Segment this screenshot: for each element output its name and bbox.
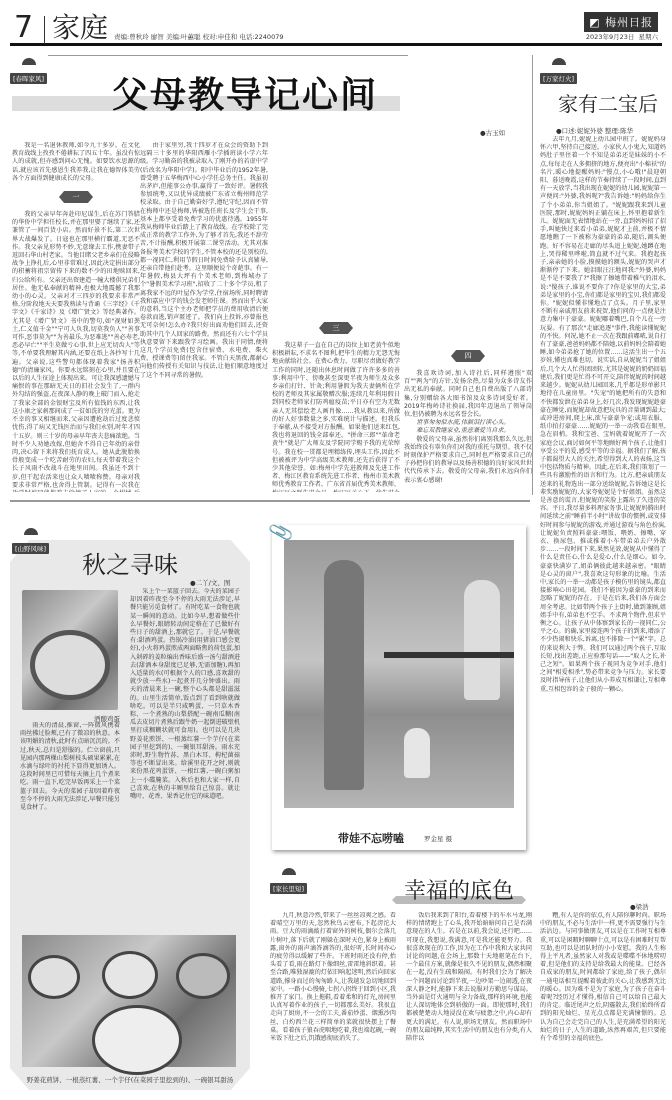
gear-icon <box>282 868 296 875</box>
plate-pancake <box>28 955 80 999</box>
article4-column-2: 饭后我来到了阳台,看着楼下的车水马龙,刚样的情绪跑上了心头,我开始暗暗问自己是否… <box>406 912 532 1092</box>
masthead-divider <box>44 16 45 44</box>
article4-title: 幸福的底色 <box>396 874 522 905</box>
article1-bottom-border <box>10 500 530 502</box>
article1-byline: ●古玉如 <box>480 128 505 137</box>
section-marker: 一 <box>59 191 93 203</box>
article4-col1-text: 九月,秋意冷然,带来了一丝丝凉爽之感。看着晴空万里的天,忽然秋鸟云密布,下起滂沱… <box>270 912 396 1043</box>
article2-title: 家有二宝后 <box>548 88 668 117</box>
article3-column-tag: [山野风味] <box>12 528 49 555</box>
article1-section4-text: 我喜欢诗词,加入诗社后,同样遵照"双百""两为"的方针,发扬余热,尽量为众多诗友… <box>404 370 532 419</box>
article3-title: 秋之寻味 <box>60 545 200 580</box>
gear-icon <box>24 528 38 535</box>
article1-column-tag: [春晖家风] <box>10 58 47 85</box>
section-marker: 四 <box>451 350 485 362</box>
section-title: 家庭 <box>52 12 108 44</box>
article1-section3-text: 我这辈子一直在自己的岗位上如老黄牛似地积极耕耘,不求名不图利,把毕生的精力无怨无… <box>272 342 400 492</box>
article4-col2-text: 饭后我来到了阳台,看着楼下的车水马龙,刚样的情绪跑上了心头,我开始暗暗问自己是否… <box>406 912 532 1043</box>
article4-byline: ●梁浩 <box>630 902 649 911</box>
masthead: 7 家庭 责编:曾秋玲 廖智 美编:叶蕙聪 校对:申佳和 电话:2240079 … <box>10 8 662 46</box>
breakfast-spread-photo <box>22 935 236 1067</box>
elderly-man-figure <box>324 560 364 790</box>
photo2-caption: 野姜花煎饼、一根蒸红薯、一个芋仔(在菜园子里挖到的)、一碗银耳甜汤 <box>18 1075 242 1084</box>
article1-section3-continued <box>404 142 532 342</box>
bowl-soup <box>92 1005 182 1075</box>
poem-line-2: 难忘双教继家业,重意兼爱当自求。 <box>404 427 532 435</box>
newspaper-name: 梅州日报 <box>605 16 653 29</box>
article1-title: 父母教导记心间 <box>90 76 400 116</box>
exercise-bar <box>384 652 514 658</box>
article2-byline: ●口述:妮妮外婆 整理:陈华 <box>556 126 633 135</box>
article3-right-text: 采上个一菜篮子回去。今天的菜园子却因着昨夜至今不停的大雨无法涉足,早餐只能另觅食… <box>130 588 240 801</box>
article1-section2-text: 由于家里穷,我十四岁才在众会的资助下到远隔三十多里的华阳西雁小学插班读小学六年级… <box>140 142 268 380</box>
date-text: 2023年9月23日 <box>586 33 634 41</box>
article1-column-2: 由于家里穷,我十四岁才在众会的资助下到远隔三十多里的华阳西雁小学插班读小学六年级… <box>140 142 268 492</box>
child-figure <box>404 728 430 778</box>
article4-column-3: 糟,有人是你的依点,有人陪你聊时尚。职场中的朋友,不必与生活中一样,更不需要强行… <box>540 912 666 1092</box>
column-tag-label: [山野风味] <box>12 543 49 554</box>
article2-body: 去年九月,妮妮上幼儿园中班了。妮妮妈身怀六甲,坚持自己接送。小家伙人小鬼大,知道… <box>540 136 666 858</box>
article1-section1-text: 我的父亲早年奔赴印尼谋生,后在苏门答腊的华侨中学担任校长,并在那里娶了继续了家,… <box>12 211 140 492</box>
newspaper-logo: ◩ 梅州日报 <box>584 12 658 32</box>
article1-right-border <box>532 55 533 495</box>
article3-left-column: 雨天的清晨,推窗,一阵微风携着雨丝拂过脸颊,已有了微凉的秋意。本该明媚的清秋,此… <box>20 722 120 902</box>
gear-icon <box>552 58 566 65</box>
grandparents-park-photo <box>284 540 514 808</box>
article3-right-column: 采上个一菜篮子回去。今天的菜园子却因着昨夜至今不停的大雨无法涉足,早餐只能另觅食… <box>130 588 240 904</box>
article2-text: 去年九月,妮妮上幼儿园中班了。妮妮妈身怀六甲,坚持自己接送。小家伙人小鬼大,知道… <box>540 136 666 694</box>
column-tag-label: [家长里短] <box>270 883 307 894</box>
plate-sweet-potato <box>102 951 158 999</box>
article4-column-tag: [家长里短] <box>270 868 307 895</box>
book-icon: ◩ <box>589 16 605 29</box>
article1-closing: 敬爱的父母亲,虽然你们离别我那么久远,但我始终没有辜负你们对我的重托与期望。我不… <box>404 436 532 485</box>
weekday-text: 星期六 <box>639 33 659 41</box>
photo-feature-title: 带娃不忘唠嗑 <box>338 830 404 846</box>
plate-taro <box>176 953 230 999</box>
column-tag-label: [春晖家风] <box>10 73 47 84</box>
article4-column-1: 九月,秋意冷然,带来了一丝丝凉爽之感。看着晴空万里的天,忽然秋鸟云密布,下起滂沱… <box>270 912 396 1092</box>
article3-byline: ●二丫/文、图 <box>190 578 230 587</box>
page-number: 7 <box>14 12 33 44</box>
article1-column-4: 四 我喜欢诗词,加入诗社后,同样遵照"双百""两为"的方针,发扬余热,尽量为众多… <box>404 142 532 492</box>
article2-column-tag: [万家灯火] <box>540 58 577 85</box>
second-man-figure <box>464 580 500 700</box>
article1-column-3: 三 我这辈子一直在自己的岗位上如老黄牛似地积极耕耘,不求名不图利,把毕生的精力无… <box>272 142 400 492</box>
bowl-image <box>30 630 110 700</box>
article4-col3-text: 糟,有人是你的依点,有人陪你聊时尚。职场中的朋友,不必与生活中一样,更不需要强行… <box>540 912 666 1043</box>
article1-intro: 我是一名退休教师,如今九十多岁。在文化教育战线上孜孜不倦耕耘了四五十年。虽没有惊… <box>12 142 140 183</box>
article1-column-1: 我是一名退休教师,如今九十多岁。在文化教育战线上孜孜不倦耕耘了四五十年。虽没有惊… <box>12 142 140 492</box>
gear-icon <box>22 58 36 65</box>
issue-date: 2023年9月23日 星期六 <box>586 32 658 41</box>
article3-left-text: 雨天的清晨,推窗,一阵微风携着雨丝拂过脸颊,已有了微凉的秋意。本该明媚的清秋,此… <box>20 722 120 812</box>
staff-credits: 责编:曾秋玲 廖智 美编:叶蕙聪 校对:申佳和 电话:2240079 <box>114 32 283 41</box>
rice-wine-egg-photo <box>22 590 118 710</box>
section-marker: 三 <box>319 322 353 334</box>
column-tag-label: [万家灯火] <box>540 73 577 84</box>
photo-feature-credit: 罗金星 摄 <box>424 834 452 843</box>
